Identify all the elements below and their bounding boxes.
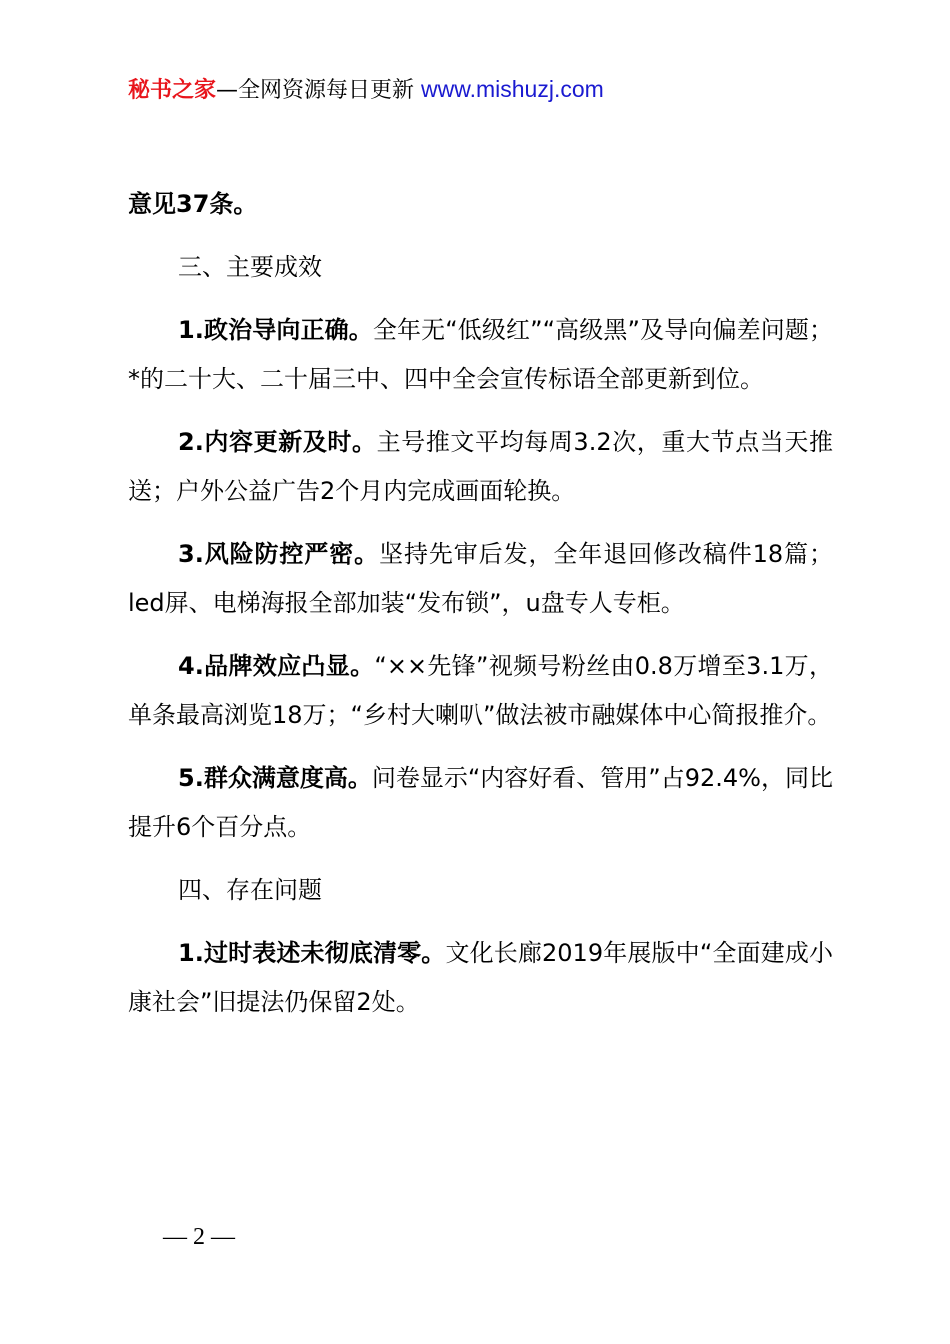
result-item-title: 3.风险防控严密。 [178, 540, 379, 568]
site-url-link[interactable]: www.mishuzj.com [421, 76, 604, 102]
result-item-1: 1.政治导向正确。全年无“低级红”“高级黑”及导向偏差问题；*的二十大、二十届三… [128, 306, 833, 404]
section-heading-problems: 四、存在问题 [128, 866, 833, 915]
result-item-title: 2.内容更新及时。 [178, 428, 377, 456]
result-item-4: 4.品牌效应凸显。“××先锋”视频号粉丝由0.8万增至3.1万，单条最高浏览18… [128, 642, 833, 740]
carryover-text: 意见37条。 [128, 180, 833, 229]
result-item-title: 4.品牌效应凸显。 [178, 652, 374, 680]
section-heading-results: 三、主要成效 [128, 243, 833, 292]
result-item-3: 3.风险防控严密。坚持先审后发，全年退回修改稿件18篇；led屏、电梯海报全部加… [128, 530, 833, 628]
problem-item-1: 1.过时表述未彻底清零。文化长廊2019年展版中“全面建成小康社会”旧提法仍保留… [128, 929, 833, 1027]
document-body: 意见37条。 三、主要成效 1.政治导向正确。全年无“低级红”“高级黑”及导向偏… [128, 180, 833, 1027]
result-item-title: 5.群众满意度高。 [178, 764, 372, 792]
header-tagline: —全网资源每日更新 [216, 78, 414, 103]
site-header: 秘书之家—全网资源每日更新 www.mishuzj.com [128, 74, 604, 106]
page-number: — 2 — [163, 1224, 235, 1251]
result-item-2: 2.内容更新及时。主号推文平均每周3.2次，重大节点当天推送；户外公益广告2个月… [128, 418, 833, 516]
result-item-title: 1.政治导向正确。 [178, 316, 373, 344]
result-item-5: 5.群众满意度高。问卷显示“内容好看、管用”占92.4%，同比提升6个百分点。 [128, 754, 833, 852]
problem-item-title: 1.过时表述未彻底清零。 [178, 939, 445, 967]
brand-name: 秘书之家 [128, 78, 216, 103]
